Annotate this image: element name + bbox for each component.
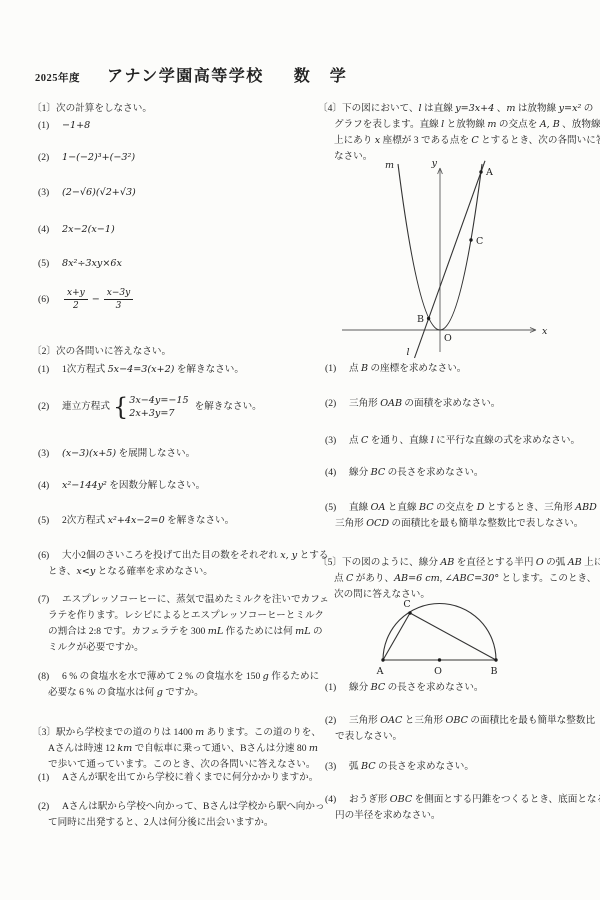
text: を展開しなさい。: [116, 448, 195, 459]
text: の面積比を最も簡単な整数比で表しなさい。: [389, 518, 583, 529]
fraction-numerator: x+y: [64, 288, 88, 300]
item-text: 連立方程式: [62, 400, 110, 414]
math-text: 8x²÷3xy×6x: [62, 258, 122, 269]
text: で歩いて通っています。このとき、次の各問いに答えなさい。: [48, 759, 315, 770]
label-C: C: [403, 599, 410, 610]
label-C: C: [476, 236, 483, 247]
minus-operator: −: [92, 294, 100, 305]
sec5-item-3: (3)弧 BC の長さを求めなさい。: [325, 760, 474, 774]
text: 上にあり: [334, 135, 375, 146]
math-text: OAB: [380, 398, 402, 409]
item-text: 8x²÷3xy×6x: [62, 258, 122, 269]
sec5-item-4-line2: 円の半径を求めなさい。: [335, 809, 441, 823]
math-text: m: [487, 119, 496, 130]
text: と三角形: [402, 715, 445, 726]
fraction-2: x−3y3: [104, 288, 133, 311]
math-text: BC: [371, 682, 386, 693]
item-text: −1+8: [62, 120, 90, 131]
item-number: (3): [325, 760, 344, 774]
sec4-graph: m y A C B O x l: [330, 156, 560, 362]
item-number: (1): [38, 771, 57, 785]
math-text: OCD: [366, 518, 389, 529]
text: を側面とする円錐をつくるとき、底面となる: [412, 794, 600, 805]
math-text: y=x²: [559, 103, 582, 114]
sec5-item-2: (2)三角形 OAC と三角形 OBC の面積比を最も簡単な整数比: [325, 714, 595, 728]
item-number: (5): [38, 514, 57, 528]
item-number: (4): [325, 793, 344, 807]
item-number: (3): [38, 447, 57, 461]
text: 三角形: [349, 715, 380, 726]
left-column: 〔1〕次の計算をしなさい。 (1)−1+8 (2)1−(−2)³+(−3²) (…: [32, 0, 308, 900]
math-text: A, B: [540, 119, 560, 130]
text: となる確率を求めなさい。: [95, 566, 213, 577]
text: グラフを表します。直線: [334, 119, 441, 130]
math-text: km: [117, 743, 132, 754]
math-text: m: [195, 727, 204, 738]
point-B-dot: [427, 317, 430, 320]
text: 弧: [349, 761, 361, 772]
text: 円の半径を求めなさい。: [335, 810, 441, 821]
item-text: エスプレッソコーヒーに、蒸気で温めたミルクを注いでカフェ: [62, 594, 329, 605]
sec5-item-4: (4)おうぎ形 OBC を側面とする円錐をつくるとき、底面となる: [325, 793, 600, 807]
math-text: mL: [208, 626, 223, 637]
math-text: BC: [371, 467, 386, 478]
item-text: 線分 BC の長さを求めなさい。: [349, 467, 484, 478]
text: があり、: [353, 573, 394, 584]
item-number: (5): [325, 501, 344, 515]
text: ですか。: [163, 687, 204, 698]
text: 線分: [349, 467, 371, 478]
item-text: 三角形 OAC と三角形 OBC の面積比を最も簡単な整数比: [349, 715, 595, 726]
semicircle-arc: [383, 604, 496, 661]
item-number: (1): [38, 363, 57, 377]
math-text: OA: [371, 502, 386, 513]
math-text: AB: [440, 557, 454, 568]
item-text: 三角形 OAB の面積を求めなさい。: [349, 398, 500, 409]
text: とき、: [48, 566, 76, 577]
text: 座標が 3 である点を: [380, 135, 471, 146]
item-number: (2): [38, 151, 57, 165]
item-number: (2): [325, 714, 344, 728]
text: の: [581, 103, 593, 114]
math-text: x²+4x−2=0: [108, 515, 165, 526]
math-text: mL: [295, 626, 310, 637]
text: て同時に出発すると、2人は何分後に出会いますか。: [48, 817, 273, 828]
sec2-item-2: (2)連立方程式{3x−4y=−152x+3y=7を解きなさい。: [38, 394, 262, 420]
math-text: OBC: [390, 794, 412, 805]
line-l: [415, 161, 486, 358]
label-A: A: [485, 167, 493, 178]
text: 6 % の食塩水を水で薄めて 2 % の食塩水を 150: [62, 671, 263, 682]
sec4-item-1: (1)点 B の座標を求めなさい。: [325, 362, 466, 376]
sec5-title-line1: 〔5〕下の図のように、線分 AB を直径とする半円 O の弧 AB 上に: [318, 556, 600, 570]
item-number: (5): [38, 257, 57, 271]
sec1-item-3: (3)(2−√6)(√2+√3): [38, 186, 136, 200]
text: 作るためには何: [223, 626, 295, 637]
text: 2次方程式: [62, 515, 108, 526]
math-text: OAC: [380, 715, 402, 726]
text: とするとき、三角形: [484, 502, 575, 513]
sec3-title-line2: Aさんは時速 12 km で自転車に乗って通い、Bさんは分速 80 m: [48, 742, 318, 756]
text: は放物線: [515, 103, 558, 114]
math-text: x, y: [280, 550, 297, 561]
text: を直径とする半円: [454, 557, 536, 568]
point-O-dot: [438, 658, 441, 661]
text: ラテを作ります。レシピによるとエスプレッソコーヒーとミルク: [48, 610, 324, 621]
label-l: l: [406, 347, 409, 358]
fraction-1: x+y2: [64, 288, 88, 311]
sec4-title-line1: 〔4〕下の図において、l は直線 y=3x+4 、m は放物線 y=x² の: [318, 102, 593, 116]
equation-1: 3x−4y=−15: [129, 394, 188, 407]
sec2-item-6-line2: とき、x<y となる確率を求めなさい。: [48, 565, 213, 579]
math-text: −1+8: [62, 120, 90, 131]
math-text: x<y: [76, 566, 95, 577]
sec5-item-1: (1)線分 BC の長さを求めなさい。: [325, 681, 484, 695]
text: の長さを求めなさい。: [385, 682, 483, 693]
text: を解きなさい。: [165, 515, 235, 526]
point-C-dot: [469, 238, 472, 241]
item-text: 大小2個のさいころを投げて出た目の数をそれぞれ x, y とする: [62, 550, 328, 561]
text: の割合は 2:8 です。カフェラテを 300: [48, 626, 208, 637]
text: の座標を求めなさい。: [368, 363, 466, 374]
text: の弧: [544, 557, 568, 568]
text: あります。この道のりを、: [204, 727, 321, 738]
point-B-dot: [494, 658, 497, 661]
text: 三角形: [349, 398, 380, 409]
sec2-item-1: (1)1次方程式 5x−4=3(x+2) を解きなさい。: [38, 363, 244, 377]
sec4-title-line3: 上にあり x 座標が 3 である点を C とするとき、次の各問いに答え: [334, 134, 600, 148]
item-text: 1−(−2)³+(−3²): [62, 152, 135, 163]
text: と放物線: [444, 119, 487, 130]
item-text: 1次方程式 5x−4=3(x+2) を解きなさい。: [62, 364, 244, 375]
sec2-item-7-line2: ラテを作ります。レシピによるとエスプレッソコーヒーとミルク: [48, 609, 324, 623]
point-A-dot: [479, 170, 482, 173]
text: の面積比を最も簡単な整数比: [468, 715, 595, 726]
math-text: y=3x+4: [455, 103, 494, 114]
text: ミルクが必要ですか。: [48, 642, 144, 653]
sec3-title-line1: 〔3〕駅から学校までの道のりは 1400 m あります。この道のりを、: [32, 726, 321, 740]
sec4-item-3: (3)点 C を通り、直線 l に平行な直線の式を求めなさい。: [325, 434, 580, 448]
sec4-item-5: (5)直線 OA と直線 BC の交点を D とするとき、三角形 ABD と: [325, 501, 600, 515]
item-number: (1): [38, 119, 57, 133]
text: の長さを求めなさい。: [385, 467, 483, 478]
item-text: 弧 BC の長さを求めなさい。: [349, 761, 474, 772]
item-number: (7): [38, 593, 57, 607]
text: 点: [334, 573, 346, 584]
item-text: Aさんが駅を出てから学校に着くまでに何分かかりますか。: [62, 772, 318, 783]
item-number: (8): [38, 670, 57, 684]
item-text: 2次方程式 x²+4x−2=0 を解きなさい。: [62, 515, 234, 526]
sec2-item-7-line3: の割合は 2:8 です。カフェラテを 300 mL 作るためには何 mL の: [48, 625, 323, 639]
sec4-title-line2: グラフを表します。直線 l と放物線 m の交点を A, B 、放物線 m: [334, 118, 600, 132]
item-number: (4): [325, 466, 344, 480]
text: の交点を: [434, 502, 477, 513]
item-number: (1): [325, 362, 344, 376]
math-text: (2−√6)(√2+√3): [62, 187, 136, 198]
sec2-item-5: (5)2次方程式 x²+4x−2=0 を解きなさい。: [38, 514, 234, 528]
text: を因数分解しなさい。: [107, 480, 205, 491]
item-text: (x−3)(x+5) を展開しなさい。: [62, 448, 195, 459]
sec2-item-4: (4)x²−144y² を因数分解しなさい。: [38, 479, 205, 493]
system-brace: {: [113, 394, 128, 420]
math-text: C: [471, 135, 478, 146]
text: 1次方程式: [62, 364, 108, 375]
sec4-item-5-line2: 三角形 OCD の面積比を最も簡単な整数比で表しなさい。: [335, 517, 583, 531]
label-x: x: [542, 326, 548, 337]
sec1-item-4: (4)2x−2(x−1): [38, 223, 115, 237]
label-O: O: [444, 333, 452, 344]
text: 線分: [349, 682, 371, 693]
item-number: (2): [325, 397, 344, 411]
text: 点: [349, 435, 361, 446]
text: 、: [494, 103, 506, 114]
sec5-item-2-line2: で表しなさい。: [335, 730, 402, 744]
text: で表しなさい。: [335, 731, 402, 742]
text: とするとき、次の各問いに答え: [479, 135, 600, 146]
text: 直線: [349, 502, 371, 513]
sec2-item-8-line2: 必要な 6 % の食塩水は何 g ですか。: [48, 686, 204, 700]
text: を解きなさい。: [174, 364, 244, 375]
item-text: Aさんは駅から学校へ向かって、Bさんは学校から駅へ向かっ: [62, 801, 325, 812]
math-text: 5x−4=3(x+2): [108, 364, 175, 375]
text: 作るために: [269, 671, 319, 682]
right-column: 〔4〕下の図において、l は直線 y=3x+4 、m は放物線 y=x² の グ…: [318, 0, 594, 900]
math-text: ∠ABC=30°: [445, 573, 500, 584]
sec3-title-line3: で歩いて通っています。このとき、次の各問いに答えなさい。: [48, 758, 315, 772]
sec3-item-2-line2: て同時に出発すると、2人は何分後に出会いますか。: [48, 816, 273, 830]
math-text: ABD: [575, 502, 597, 513]
math-text: m: [309, 743, 318, 754]
sec5-title-line2: 点 C があり、AB=6 cm, ∠ABC=30° とします。このとき、: [334, 572, 596, 586]
text: Aさんは時速 12: [48, 743, 117, 754]
equation-system: 3x−4y=−152x+3y=7: [129, 394, 188, 420]
math-text: AB: [568, 557, 582, 568]
math-text: O: [536, 557, 544, 568]
item-number: (6): [38, 293, 57, 307]
fraction-numerator: x−3y: [104, 288, 133, 300]
sec2-item-7: (7)エスプレッソコーヒーに、蒸気で温めたミルクを注いでカフェ: [38, 593, 329, 607]
math-text: OBC: [446, 715, 468, 726]
sec2-item-8: (8)6 % の食塩水を水で薄めて 2 % の食塩水を 150 g 作るために: [38, 670, 319, 684]
item-text: 点 C を通り、直線 l に平行な直線の式を求めなさい。: [349, 435, 580, 446]
item-number: (1): [325, 681, 344, 695]
text: 三角形: [335, 518, 366, 529]
label-y: y: [431, 158, 438, 169]
label-A: A: [376, 666, 384, 677]
math-text: B: [361, 363, 368, 374]
text: 〔4〕下の図において、: [318, 103, 419, 114]
item-number: (6): [38, 549, 57, 563]
sec1-item-1: (1)−1+8: [38, 119, 90, 133]
item-text: 6 % の食塩水を水で薄めて 2 % の食塩水を 150 g 作るために: [62, 671, 319, 682]
item-text: (2−√6)(√2+√3): [62, 187, 136, 198]
text: 点: [349, 363, 361, 374]
item-number: (2): [38, 400, 57, 414]
text: 必要な 6 % の食塩水は何: [48, 687, 157, 698]
text: に平行な直線の式を求めなさい。: [434, 435, 580, 446]
text: 、放物線: [560, 119, 600, 130]
item-number: (3): [325, 434, 344, 448]
fraction-denominator: 2: [73, 300, 79, 311]
math-text: x²−144y²: [62, 480, 107, 491]
text: の長さを求めなさい。: [376, 761, 474, 772]
equation-2: 2x+3y=7: [129, 407, 188, 420]
item-number: (3): [38, 186, 57, 200]
text: 大小2個のさいころを投げて出た目の数をそれぞれ: [62, 550, 280, 561]
item-number: (4): [38, 479, 57, 493]
text: を通り、直線: [368, 435, 430, 446]
chord-AC: [383, 613, 410, 660]
sec1-item-2: (2)1−(−2)³+(−3²): [38, 151, 135, 165]
item-text: を解きなさい。: [195, 400, 262, 414]
text: おうぎ形: [349, 794, 390, 805]
math-text: 2x−2(x−1): [62, 224, 115, 235]
sec4-item-4: (4)線分 BC の長さを求めなさい。: [325, 466, 484, 480]
sec4-item-2: (2)三角形 OAB の面積を求めなさい。: [325, 397, 500, 411]
fraction-denominator: 3: [116, 300, 122, 311]
sec2-item-6: (6)大小2個のさいころを投げて出た目の数をそれぞれ x, y とする: [38, 549, 328, 563]
sec1-item-6: (6)x+y2−x−3y3: [38, 288, 135, 311]
text: エスプレッソコーヒーに、蒸気で温めたミルクを注いでカフェ: [62, 594, 329, 605]
item-text: x²−144y² を因数分解しなさい。: [62, 480, 205, 491]
math-text: (x−3)(x+5): [62, 448, 116, 459]
math-text: BC: [419, 502, 434, 513]
item-text: 点 B の座標を求めなさい。: [349, 363, 466, 374]
text: 〔5〕下の図のように、線分: [318, 557, 440, 568]
sec3-item-1: (1)Aさんが駅を出てから学校に着くまでに何分かかりますか。: [38, 771, 318, 785]
text: 〔3〕駅から学校までの道のりは 1400: [32, 727, 195, 738]
text: と直線: [385, 502, 419, 513]
math-text: 1−(−2)³+(−3²): [62, 152, 135, 163]
label-B: B: [491, 666, 498, 677]
exam-page: 2025年度アナン学園高等学校数 学 〔1〕次の計算をしなさい。 (1)−1+8…: [0, 0, 600, 900]
item-text: 2x−2(x−1): [62, 224, 115, 235]
sec3-item-2: (2)Aさんは駅から学校へ向かって、Bさんは学校から駅へ向かっ: [38, 800, 325, 814]
text: とします。このとき、: [499, 573, 596, 584]
sec5-figure: A O B C: [340, 596, 570, 684]
text: Aさんは駅から学校へ向かって、Bさんは学校から駅へ向かっ: [62, 801, 325, 812]
text: で自転車に乗って通い、Bさんは分速 80: [132, 743, 309, 754]
text: Aさんが駅を出てから学校に着くまでに何分かかりますか。: [62, 772, 318, 783]
point-A-dot: [381, 658, 384, 661]
text: の交点を: [497, 119, 540, 130]
item-text: 直線 OA と直線 BC の交点を D とするとき、三角形 ABD と: [349, 502, 600, 513]
text: の面積を求めなさい。: [402, 398, 500, 409]
text: は直線: [422, 103, 456, 114]
sec2-item-3: (3)(x−3)(x+5) を展開しなさい。: [38, 447, 195, 461]
sec2-title: 〔2〕次の各問いに答えなさい。: [32, 345, 171, 359]
sec2-item-7-line4: ミルクが必要ですか。: [48, 641, 144, 655]
text: 上に: [582, 557, 600, 568]
sec1-title: 〔1〕次の計算をしなさい。: [32, 102, 152, 116]
math-text: AB=6 cm: [394, 573, 440, 584]
chord-CB: [410, 613, 496, 660]
math-text: BC: [361, 761, 376, 772]
item-text: おうぎ形 OBC を側面とする円錐をつくるとき、底面となる: [349, 794, 600, 805]
item-number: (2): [38, 800, 57, 814]
label-O: O: [434, 666, 442, 677]
label-B: B: [417, 314, 424, 325]
sec1-item-5: (5)8x²÷3xy×6x: [38, 257, 122, 271]
point-C-dot: [408, 611, 411, 614]
item-number: (4): [38, 223, 57, 237]
label-m: m: [385, 160, 394, 171]
item-text: 線分 BC の長さを求めなさい。: [349, 682, 484, 693]
